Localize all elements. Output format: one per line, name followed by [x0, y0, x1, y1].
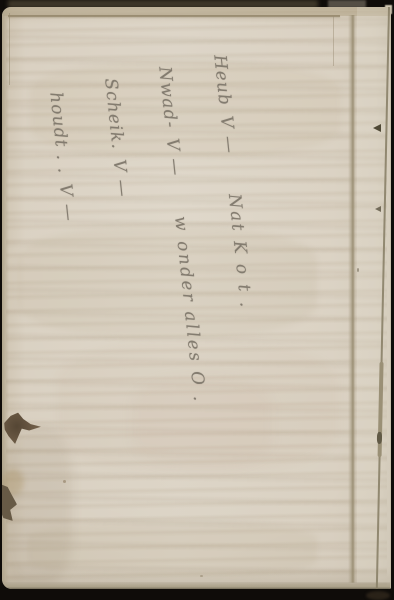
page-right-edge [390, 7, 392, 589]
stitch-mark [375, 206, 381, 212]
handwriting-line: Scheik.V — [99, 65, 152, 395]
thread-knot [377, 432, 382, 444]
entry-note [117, 236, 137, 238]
check-mark: V — [55, 183, 79, 223]
entry-note: w onder alles O . [170, 215, 210, 404]
entry-note [64, 261, 84, 263]
entry-word: Heub [209, 54, 234, 107]
entry-word: Nwad- [155, 66, 181, 130]
check-mark: V — [216, 115, 240, 155]
paper-speck [200, 575, 203, 577]
check-mark: V — [162, 137, 186, 177]
faint-crease [333, 16, 334, 66]
entry-word: houdt . . [46, 91, 74, 175]
entry-note: Nat K o t . [224, 193, 256, 311]
fold-crease [348, 15, 357, 583]
stitch-mark [373, 124, 381, 132]
paper-speck [357, 268, 359, 272]
page-bottom-edge [2, 582, 391, 589]
handwriting-block: HeubV —Nat K o t . Nwad-V —w onder alles… [7, 50, 299, 405]
photo-background: HeubV —Nat K o t . Nwad-V —w onder alles… [0, 0, 394, 600]
backdrop-bottom-blob [366, 591, 390, 600]
handwriting-line: Nwad-V —w onder alles O . [155, 60, 208, 390]
handwriting-line: HeubV —Nat K o t . [210, 54, 263, 384]
check-mark: V — [109, 159, 133, 199]
handwriting-line: houdt . .V — [44, 71, 97, 401]
entry-word: Scheik. [100, 77, 127, 150]
notebook-page: HeubV —Nat K o t . Nwad-V —w onder alles… [2, 7, 391, 589]
paper-speck [63, 480, 66, 483]
corner-crease [9, 13, 10, 85]
horizontal-crease [8, 15, 340, 17]
